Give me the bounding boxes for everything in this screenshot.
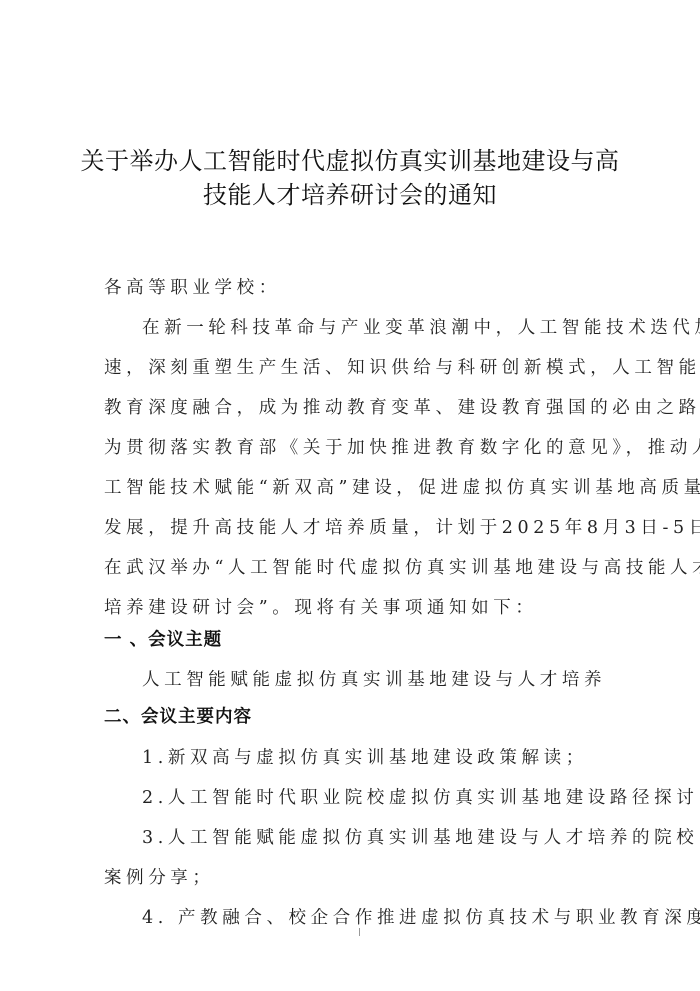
- intro-paragraph-line: 在武汉举办“人工智能时代虚拟仿真实训基地建设与高技能人才: [104, 556, 614, 580]
- content-list-item-continuation: 案例分享；: [104, 866, 614, 890]
- content-list-item: 1.新双高与虚拟仿真实训基地建设政策解读；: [142, 746, 652, 770]
- document-page: 关于举办人工智能时代虚拟仿真实训基地建设与高 技能人才培养研讨会的通知 各高等职…: [0, 0, 700, 991]
- page-number-mark: [359, 928, 364, 936]
- document-title-line-2: 技能人才培养研讨会的通知: [60, 178, 640, 212]
- intro-paragraph-line: 在新一轮科技革命与产业变革浪潮中，人工智能技术迭代加: [142, 316, 652, 340]
- intro-paragraph-line: 工智能技术赋能“新双高”建设，促进虚拟仿真实训基地高质量: [104, 476, 614, 500]
- section-heading-theme: 一 、会议主题: [104, 628, 222, 652]
- salutation: 各高等职业学校：: [104, 276, 614, 300]
- intro-paragraph-line: 为贯彻落实教育部《关于加快推进教育数字化的意见》，推动人: [104, 436, 614, 460]
- intro-paragraph-line: 发展，提升高技能人才培养质量，计划于2025年8月3日-5日: [104, 516, 614, 540]
- intro-paragraph-line: 教育深度融合，成为推动教育变革、建设教育强国的必由之路。: [104, 396, 614, 420]
- section-heading-content: 二、会议主要内容: [104, 705, 252, 729]
- content-list-item: 4. 产教融合、校企合作推进虚拟仿真技术与职业教育深度融: [142, 906, 652, 930]
- content-list-item: 2.人工智能时代职业院校虚拟仿真实训基地建设路径探讨；: [142, 786, 652, 810]
- document-title-line-1: 关于举办人工智能时代虚拟仿真实训基地建设与高: [60, 144, 640, 178]
- intro-paragraph-line: 培养建设研讨会”。现将有关事项通知如下：: [104, 596, 614, 620]
- intro-paragraph-line: 速，深刻重塑生产生活、知识供给与科研创新模式，人工智能与: [104, 356, 614, 380]
- section-theme-content: 人工智能赋能虚拟仿真实训基地建设与人才培养: [142, 668, 652, 692]
- content-list-item: 3.人工智能赋能虚拟仿真实训基地建设与人才培养的院校: [142, 826, 652, 850]
